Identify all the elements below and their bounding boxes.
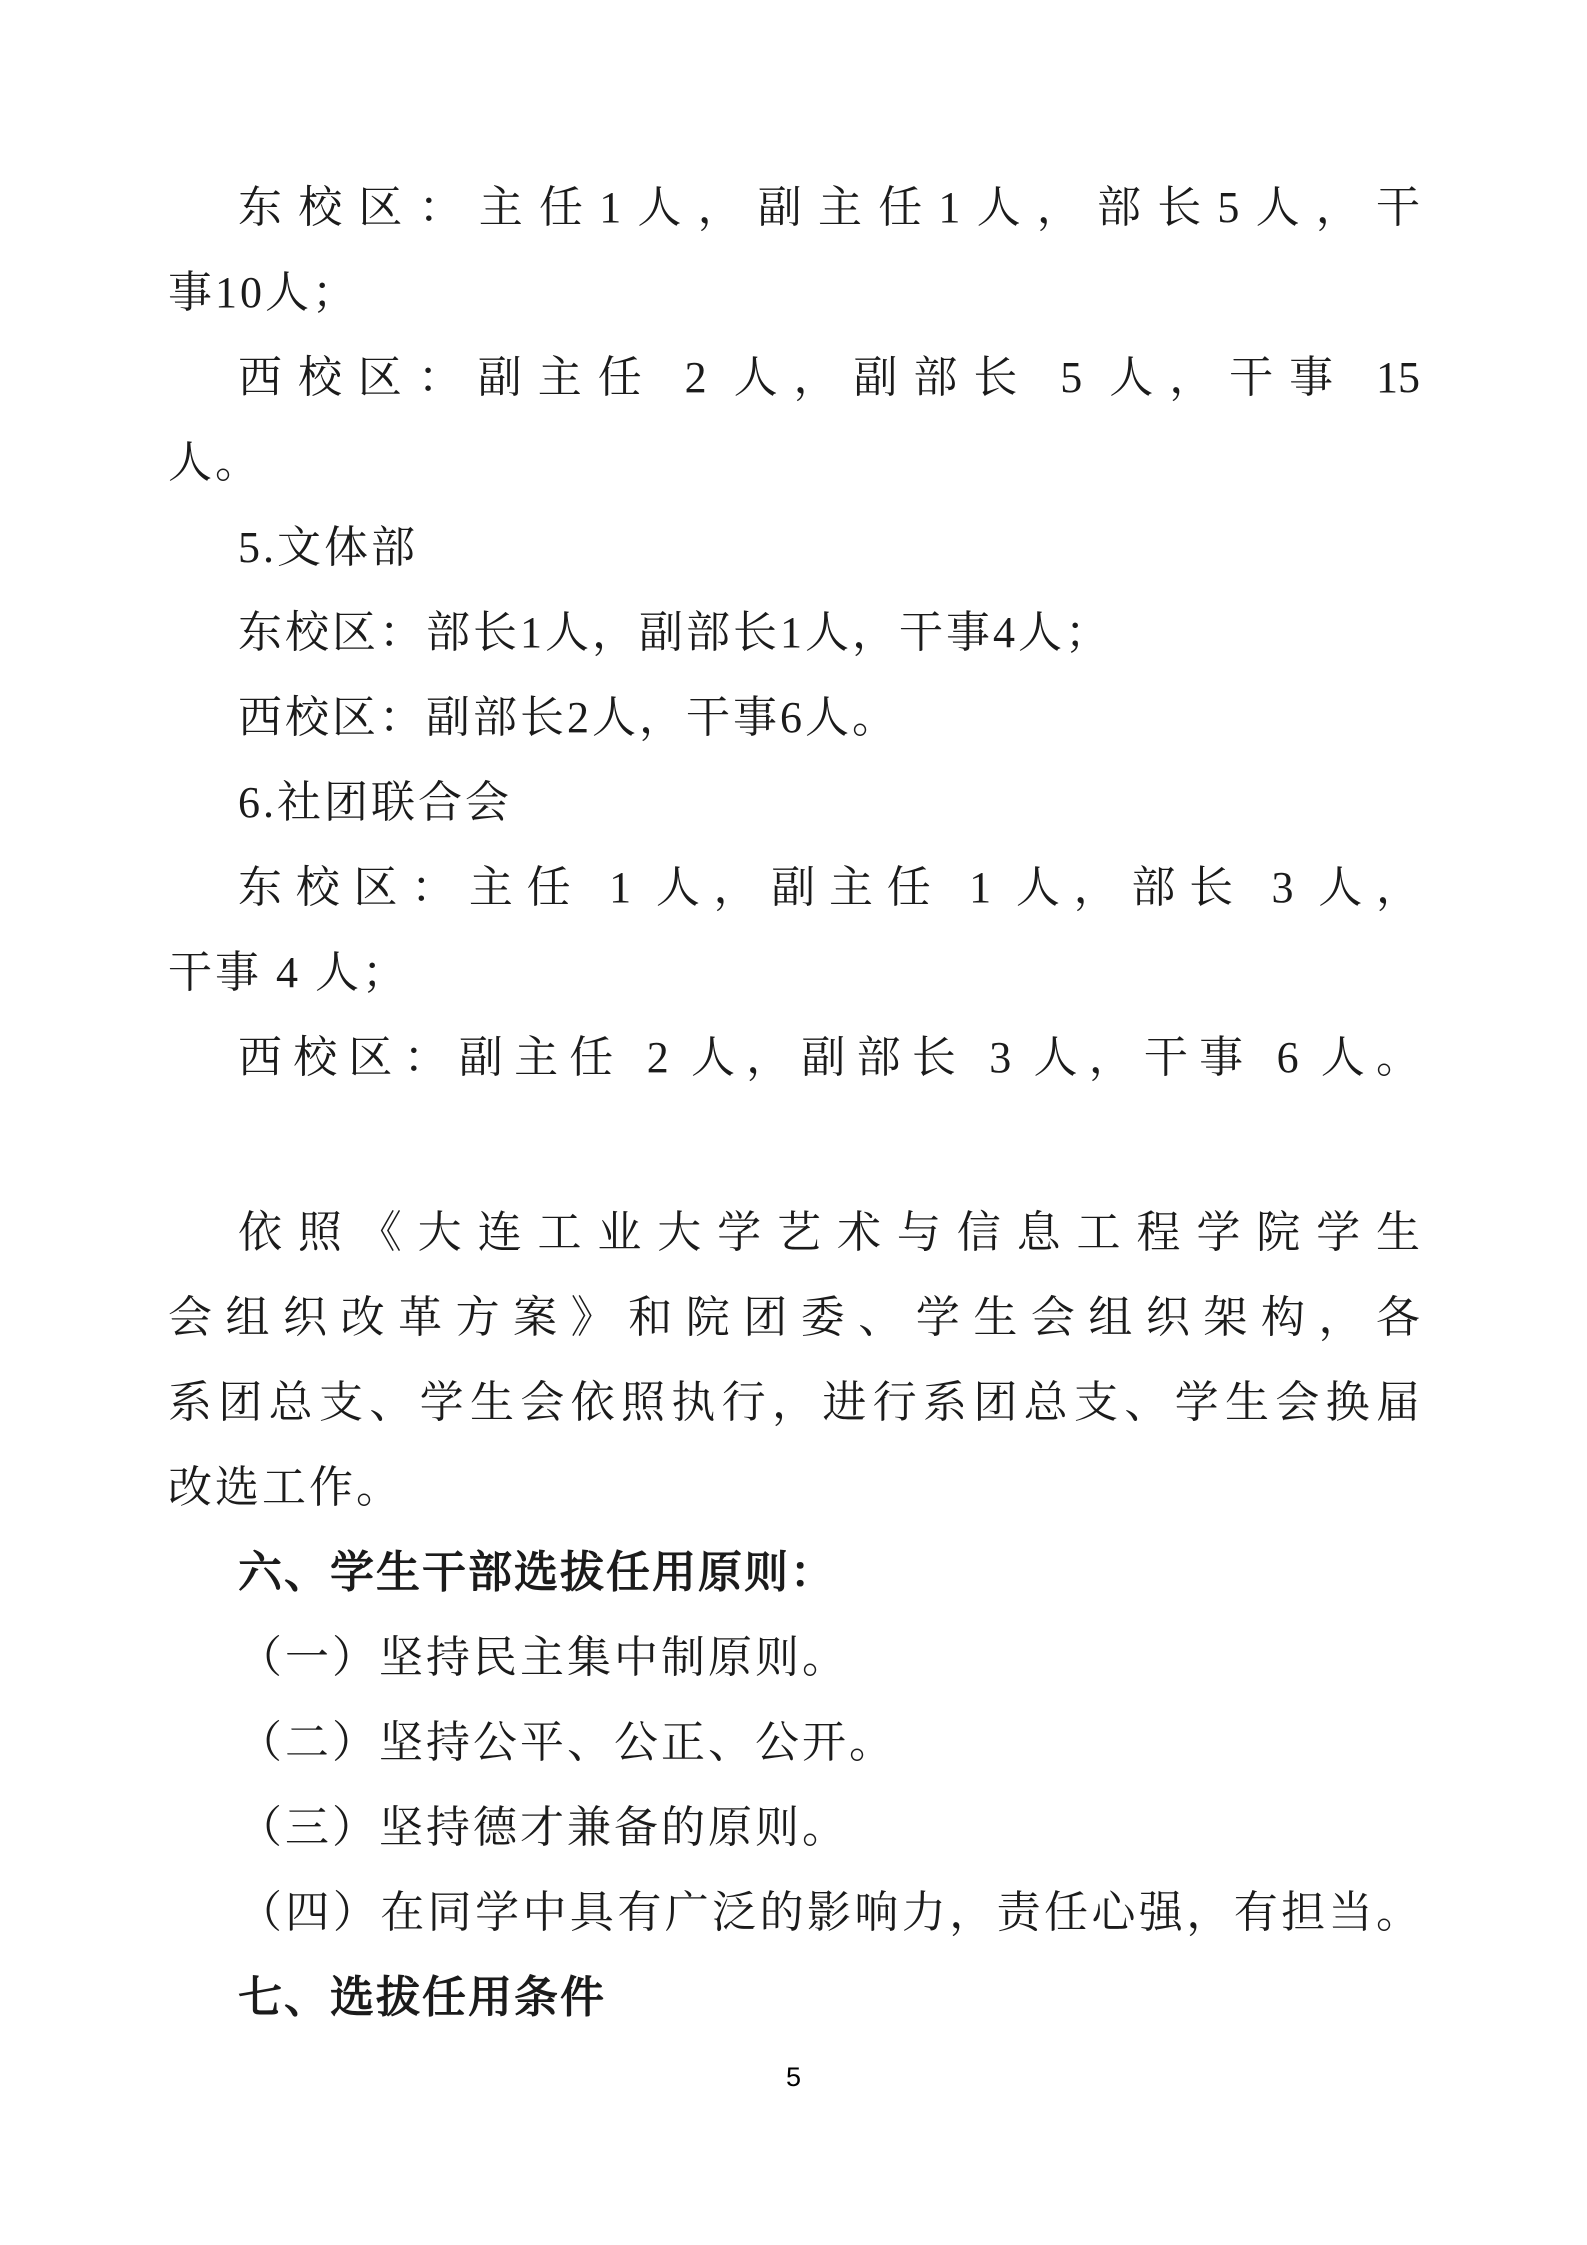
body-line: 人。 bbox=[168, 420, 1420, 505]
body-line: 事10人； bbox=[168, 250, 1420, 335]
list-item-6-heading: 6.社团联合会 bbox=[168, 760, 1420, 845]
page-number: 5 bbox=[0, 2062, 1587, 2093]
body-line: 西校区：副主任 2 人，副部长 5 人，干事 15 bbox=[168, 335, 1420, 420]
body-line: 东校区：部长1人，副部长1人，干事4人； bbox=[168, 590, 1420, 675]
principle-item-3: （三）坚持德才兼备的原则。 bbox=[168, 1785, 1420, 1870]
list-item-5-heading: 5.文体部 bbox=[168, 505, 1420, 590]
body-line: 东校区：主任1人，副主任1人，部长5人，干 bbox=[168, 165, 1420, 250]
section-heading-6: 六、学生干部选拔任用原则： bbox=[168, 1530, 1420, 1615]
section-heading-7: 七、选拔任用条件 bbox=[168, 1955, 1420, 2040]
document-page: 东校区：主任1人，副主任1人，部长5人，干 事10人； 西校区：副主任 2 人，… bbox=[0, 0, 1587, 2245]
paragraph-line: 依照《大连工业大学艺术与信息工程学院学生 bbox=[168, 1190, 1420, 1275]
paragraph-line: 系团总支、学生会依照执行，进行系团总支、学生会换届 bbox=[168, 1360, 1420, 1445]
principle-item-2: （二）坚持公平、公正、公开。 bbox=[168, 1700, 1420, 1785]
principle-item-4: （四）在同学中具有广泛的影响力，责任心强，有担当。 bbox=[168, 1870, 1420, 1955]
body-line: 东校区：主任 1 人，副主任 1 人，部长 3 人， bbox=[168, 845, 1420, 930]
body-line: 西校区：副部长2人，干事6人。 bbox=[168, 675, 1420, 760]
body-line: 西校区：副主任 2 人，副部长 3 人，干事 6 人。 bbox=[168, 1015, 1420, 1100]
principle-item-1: （一）坚持民主集中制原则。 bbox=[168, 1615, 1420, 1700]
paragraph-line: 改选工作。 bbox=[168, 1445, 1420, 1530]
paragraph-line: 会组织改革方案》和院团委、学生会组织架构，各 bbox=[168, 1275, 1420, 1360]
document-body: 东校区：主任1人，副主任1人，部长5人，干 事10人； 西校区：副主任 2 人，… bbox=[168, 165, 1420, 2040]
body-line: 干事 4 人； bbox=[168, 930, 1420, 1015]
